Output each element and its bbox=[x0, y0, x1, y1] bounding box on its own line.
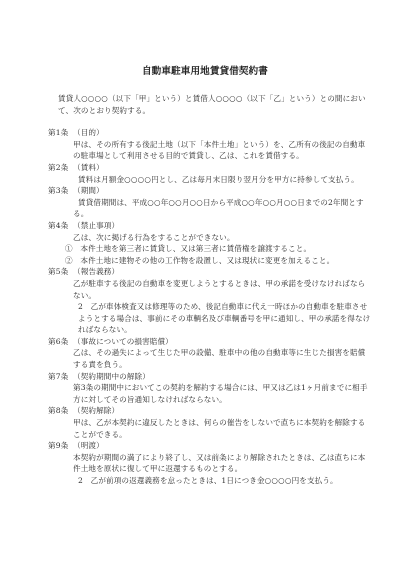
article-head: 第1条（目的） bbox=[48, 127, 372, 139]
article-number: 第8条 bbox=[48, 405, 73, 417]
article-clause: 賃料は月額金○○○○円とし、乙は毎月末日限り翌月分を甲方に持参して支払う。 bbox=[73, 174, 372, 186]
article-clause: 甲は、乙が本契約に違反したときは、何らの催告をしないで直ちに本契約を解除すること… bbox=[73, 417, 372, 440]
article-clause: 甲は、その所有する後記土地（以下「本件土地」という）を、乙所有の後記の自動車の駐… bbox=[73, 139, 372, 162]
articles: 第1条（目的）甲は、その所有する後記土地（以下「本件土地」という）を、乙所有の後… bbox=[48, 127, 372, 486]
article-heading: （契約解除） bbox=[73, 405, 372, 417]
document-page: 自動車駐車用地賃貸借契約書 賃貸人○○○○（以下「甲」という）と賃借人○○○○（… bbox=[0, 0, 410, 580]
article-heading: （期間） bbox=[73, 185, 372, 197]
article-clause: 乙は、次に掲げる行為をすることができない。 bbox=[73, 232, 372, 244]
article-clause: ② 本件土地に建物その他の工作物を設置し、又は現状に変更を加えること。 bbox=[65, 255, 372, 267]
article-clause: 2 乙が車体検査又は修理等のため、後記自動車に代え一時ほかの自動車を駐車させよう… bbox=[78, 301, 372, 336]
article-head: 第8条（契約解除） bbox=[48, 405, 372, 417]
article-heading: （禁止事項） bbox=[73, 220, 372, 232]
article-head: 第7条（契約期間中の解除） bbox=[48, 371, 372, 383]
article: 第8条（契約解除）甲は、乙が本契約に違反したときは、何らの催告をしないで直ちに本… bbox=[48, 405, 372, 440]
article-number: 第7条 bbox=[48, 371, 73, 383]
article: 第7条（契約期間中の解除）第3条の期間中においてこの契約を解約する場合には、甲又… bbox=[48, 371, 372, 406]
article-head: 第4条（禁止事項） bbox=[48, 220, 372, 232]
article-head: 第9条（明渡） bbox=[48, 440, 372, 452]
article-heading: （目的） bbox=[73, 127, 372, 139]
article-heading: （契約期間中の解除） bbox=[73, 371, 372, 383]
article-number: 第1条 bbox=[48, 127, 73, 139]
article: 第9条（明渡）本契約が期間の満了により終了し、又は前条により解除されたときは、乙… bbox=[48, 440, 372, 486]
article-heading: （報告義務） bbox=[73, 266, 372, 278]
article: 第3条（期間）賃貸借期間は、平成○○年○○月○○日から平成○○年○○月○○日まで… bbox=[48, 185, 372, 220]
article-head: 第6条（事故についての損害賠償） bbox=[48, 336, 372, 348]
article-number: 第4条 bbox=[48, 220, 73, 232]
article-number: 第6条 bbox=[48, 336, 73, 348]
article: 第1条（目的）甲は、その所有する後記土地（以下「本件土地」という）を、乙所有の後… bbox=[48, 127, 372, 162]
article-number: 第9条 bbox=[48, 440, 73, 452]
article: 第4条（禁止事項）乙は、次に掲げる行為をすることができない。① 本件土地を第三者… bbox=[48, 220, 372, 266]
document-title: 自動車駐車用地賃貸借契約書 bbox=[0, 66, 410, 78]
article-clause: 乙は、その過失によって生じた甲の設備、駐車中の他の自動車等に生じた損害を賠償する… bbox=[73, 347, 372, 370]
article-number: 第3条 bbox=[48, 185, 73, 197]
article-number: 第2条 bbox=[48, 162, 73, 174]
article-clause: 本契約が期間の満了により終了し、又は前条により解除されたときは、乙は直ちに本件土… bbox=[73, 452, 372, 475]
article-head: 第2条（賃料） bbox=[48, 162, 372, 174]
article-clause: 賃貸借期間は、平成○○年○○月○○日から平成○○年○○月○○日までの2年間とする… bbox=[73, 197, 372, 220]
article-head: 第5条（報告義務） bbox=[48, 266, 372, 278]
article-clause: 乙が駐車する後記の自動車を変更しようとするときは、甲の承諾を受けなければならない… bbox=[73, 278, 372, 301]
article-head: 第3条（期間） bbox=[48, 185, 372, 197]
article: 第2条（賃料）賃料は月額金○○○○円とし、乙は毎月末日限り翌月分を甲方に持参して… bbox=[48, 162, 372, 185]
article-heading: （事故についての損害賠償） bbox=[73, 336, 372, 348]
article-heading: （賃料） bbox=[73, 162, 372, 174]
article-number: 第5条 bbox=[48, 266, 73, 278]
article: 第5条（報告義務）乙が駐車する後記の自動車を変更しようとするときは、甲の承諾を受… bbox=[48, 266, 372, 336]
article-clause: 第3条の期間中においてこの契約を解約する場合には、甲又は乙は1ヶ月前までに相手方… bbox=[73, 382, 372, 405]
article-clause: ① 本件土地を第三者に賃貸し、又は第三者に賃借権を譲渡すること。 bbox=[65, 243, 372, 255]
article-heading: （明渡） bbox=[73, 440, 372, 452]
article: 第6条（事故についての損害賠償）乙は、その過失によって生じた甲の設備、駐車中の他… bbox=[48, 336, 372, 371]
intro-paragraph: 賃貸人○○○○（以下「甲」という）と賃借人○○○○（以下「乙」という）との間にお… bbox=[58, 93, 372, 116]
article-clause: 2 乙が前項の返還義務を怠ったときは、1日につき金○○○○円を支払う。 bbox=[78, 475, 372, 487]
